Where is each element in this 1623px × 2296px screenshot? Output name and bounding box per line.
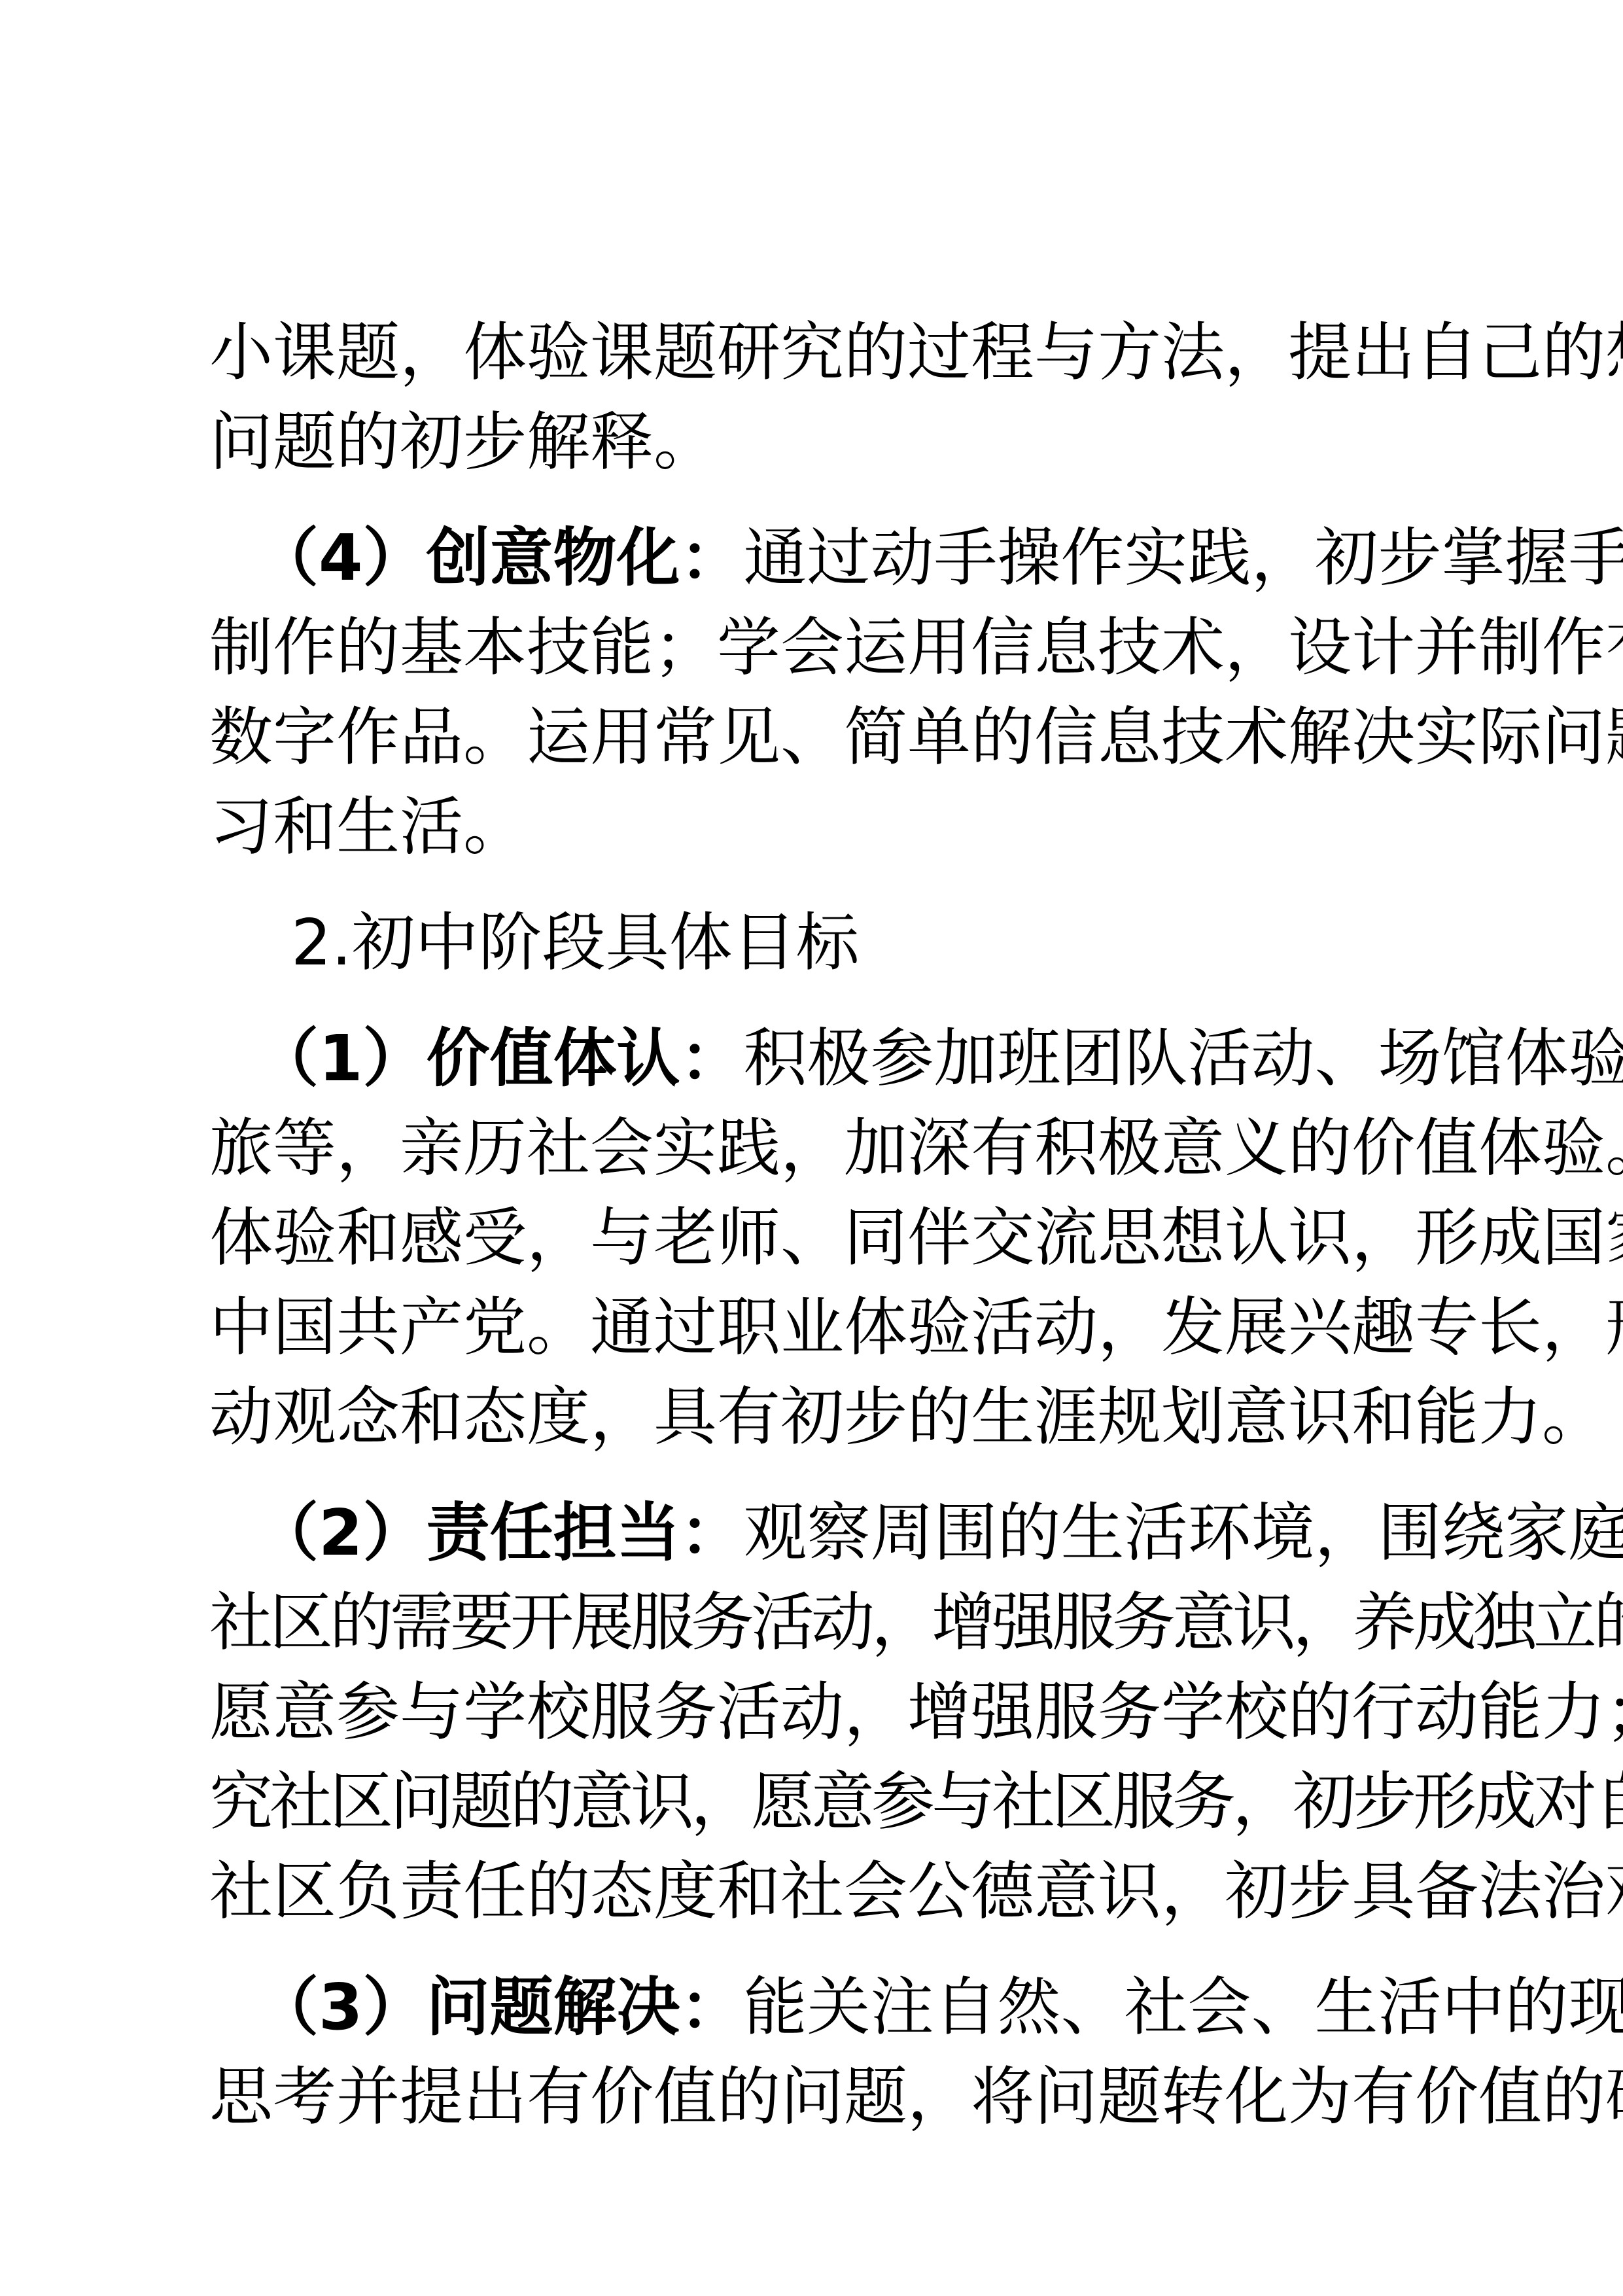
text-run: 能关注自然、社会、生活中的现象，深入 <box>744 1970 1623 2044</box>
text-line: 究社区问题的意识，愿意参与社区服务，初步形成对自我、学校、 <box>209 1757 1416 1846</box>
text-run: 积极参加班团队活动、场馆体验、红色之 <box>744 1021 1623 1095</box>
paragraph-goal-problem-solving: （3）问题解决：能关注自然、社会、生活中的现象，深入 思考并提出有价值的问题，将… <box>209 1962 1416 2142</box>
text-line: 习和生活。 <box>209 782 1416 872</box>
section-heading: 2.初中阶段具体目标 <box>209 898 1416 987</box>
text-line: 思考并提出有价值的问题，将问题转化为有价值的研究课题，学 <box>209 2052 1416 2142</box>
text-line: 愿意参与学校服务活动，增强服务学校的行动能力；初步形成探 <box>209 1667 1416 1757</box>
text-line: 数字作品。运用常见、简单的信息技术解决实际问题，服务于学 <box>209 692 1416 782</box>
text-run: 观察周围的生活环境，围绕家庭、学校、 <box>744 1496 1623 1570</box>
text-line: 社区的需要开展服务活动，增强服务意识，养成独立的生活习惯； <box>209 1578 1416 1667</box>
paragraph-lead-label: （4）创意物化： <box>255 521 744 595</box>
text-line: 中国共产党。通过职业体验活动，发展兴趣专长，形成积极的劳 <box>209 1282 1416 1372</box>
text-line-first: （2）责任担当：观察周围的生活环境，围绕家庭、学校、 <box>209 1488 1416 1578</box>
paragraph-goal-value-recognition: （1）价值体认：积极参加班团队活动、场馆体验、红色之 旅等，亲历社会实践，加深有… <box>209 1014 1416 1462</box>
paragraph-creative-materialization: （4）创意物化：通过动手操作实践，初步掌握手工设计与 制作的基本技能；学会运用信… <box>209 513 1416 872</box>
text-line: 制作的基本技能；学会运用信息技术，设计并制作有一定创意的 <box>209 603 1416 692</box>
text-line: 小课题，体验课题研究的过程与方法，提出自己的想法，形成对 <box>209 308 1416 397</box>
text-run: 通过动手操作实践，初步掌握手工设计与 <box>744 521 1623 595</box>
text-line-first: （1）价值体认：积极参加班团队活动、场馆体验、红色之 <box>209 1014 1416 1103</box>
text-line: 旅等，亲历社会实践，加深有积极意义的价值体验。能主动分享 <box>209 1103 1416 1193</box>
text-line: 体验和感受，与老师、同伴交流思想认识，形成国家认同，热爱 <box>209 1193 1416 1282</box>
paragraph-lead-label: （3）问题解决： <box>255 1970 744 2044</box>
paragraph-goal-responsibility: （2）责任担当：观察周围的生活环境，围绕家庭、学校、 社区的需要开展服务活动，增… <box>209 1488 1416 1936</box>
document-page: 小课题，体验课题研究的过程与方法，提出自己的想法，形成对 问题的初步解释。 （4… <box>209 308 1416 2142</box>
text-line: 问题的初步解释。 <box>209 397 1416 487</box>
text-line-first: （4）创意物化：通过动手操作实践，初步掌握手工设计与 <box>209 513 1416 603</box>
paragraph-intro-continuation: 小课题，体验课题研究的过程与方法，提出自己的想法，形成对 问题的初步解释。 <box>209 308 1416 487</box>
text-line: 动观念和态度，具有初步的生涯规划意识和能力。 <box>209 1372 1416 1462</box>
paragraph-lead-label: （2）责任担当： <box>255 1496 744 1570</box>
text-line: 社区负责任的态度和社会公德意识，初步具备法治观念。 <box>209 1846 1416 1936</box>
text-line-first: （3）问题解决：能关注自然、社会、生活中的现象，深入 <box>209 1962 1416 2052</box>
paragraph-lead-label: （1）价值体认： <box>255 1021 744 1095</box>
